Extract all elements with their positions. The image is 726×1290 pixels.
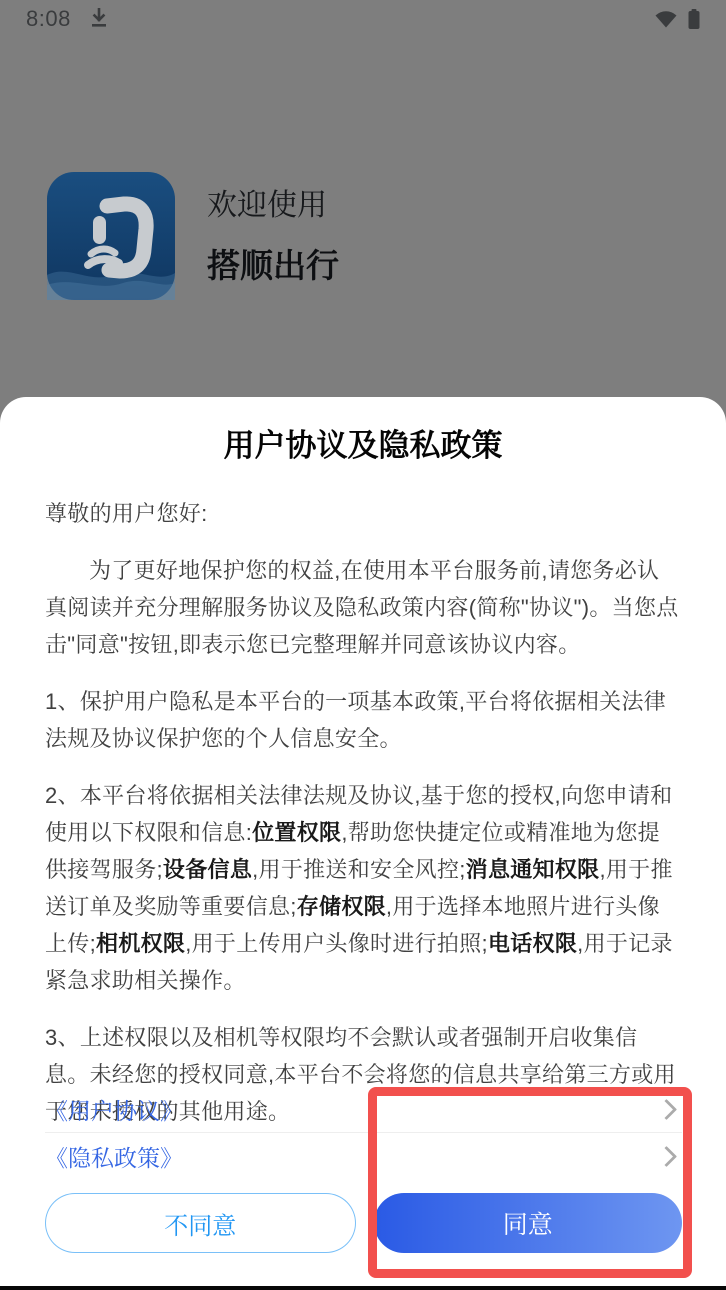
dialog-paragraph: 为了更好地保护您的权益,在使用本平台服务前,请您务必认真阅读并充分理解服务协议及…	[45, 552, 681, 663]
privacy-policy-link[interactable]: 《隐私政策》	[45, 1133, 682, 1179]
welcome-text: 欢迎使用	[207, 191, 339, 221]
disagree-button[interactable]: 不同意	[45, 1193, 356, 1253]
screen: 8:08	[0, 0, 726, 1290]
app-name: 搭顺出行	[207, 249, 339, 282]
bottom-inset-bar	[0, 1286, 726, 1290]
dialog-paragraph: 尊敬的用户您好:	[45, 495, 681, 532]
user-agreement-link[interactable]: 《用户协议》	[45, 1086, 682, 1132]
dialog-paragraph: 2、本平台将依据相关法律法规及协议,基于您的授权,向您申请和使用以下权限和信息:…	[45, 777, 681, 999]
status-bar: 8:08	[0, 0, 726, 38]
app-icon	[47, 172, 175, 300]
agree-button[interactable]: 同意	[374, 1193, 683, 1253]
download-icon	[89, 8, 109, 30]
dimmed-splash-background: 8:08	[0, 0, 726, 400]
battery-icon	[688, 9, 700, 29]
user-agreement-label: 《用户协议》	[45, 1093, 183, 1126]
app-logo-row: 欢迎使用 搭顺出行	[47, 172, 339, 300]
dialog-title: 用户协议及隐私政策	[0, 420, 726, 465]
dialog-paragraph: 1、保护用户隐私是本平台的一项基本政策,平台将依据相关法律法规及协议保护您的个人…	[45, 683, 681, 757]
wifi-icon	[654, 9, 678, 29]
status-time: 8:08	[26, 6, 71, 32]
dialog-bottom-section: 《用户协议》 《隐私政策》 不同意 同意	[45, 1086, 682, 1253]
privacy-dialog: 用户协议及隐私政策 尊敬的用户您好:为了更好地保护您的权益,在使用本平台服务前,…	[0, 397, 726, 1290]
dialog-body: 尊敬的用户您好:为了更好地保护您的权益,在使用本平台服务前,请您务必认真阅读并充…	[0, 495, 726, 1130]
privacy-policy-label: 《隐私政策》	[45, 1140, 183, 1173]
chevron-right-icon	[656, 1098, 677, 1119]
chevron-right-icon	[656, 1145, 677, 1166]
